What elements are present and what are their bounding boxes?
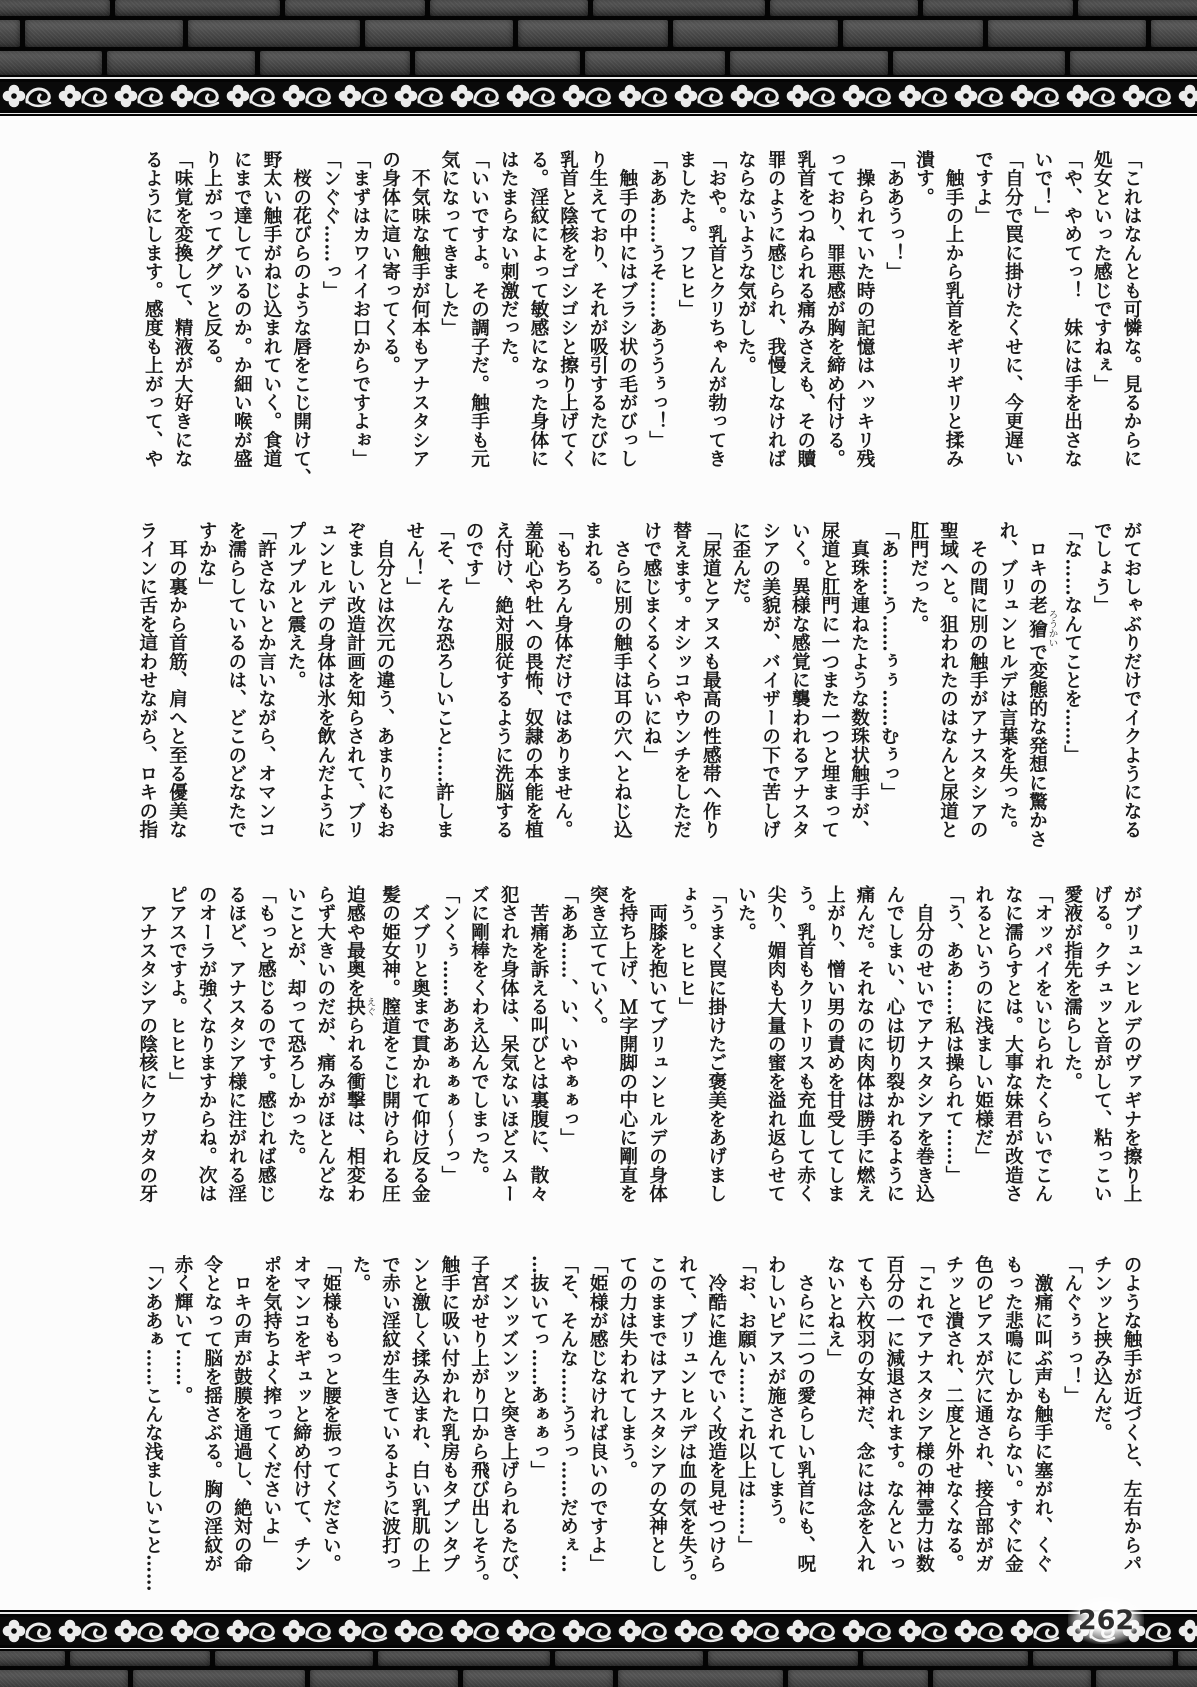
text-column: すかな」 <box>192 521 222 861</box>
brick <box>107 51 255 75</box>
brick-row <box>0 1651 1197 1666</box>
text-column: でしょう」 <box>1087 521 1117 861</box>
text-column: 自分のせいでアナスタシアを巻き込 <box>909 885 939 1225</box>
text-column: プルプルと震えた。 <box>280 521 310 861</box>
text-column: このままではアナスタシアの女神とし <box>642 1255 672 1603</box>
text-column: 「な……なんてことを……」 <box>1057 521 1087 861</box>
text-column: チッと潰され、二度と外せなくなる。 <box>938 1255 968 1603</box>
text-column: ての力は失われてしまう。 <box>612 1255 642 1603</box>
brick <box>708 1651 858 1666</box>
ornament-band-top <box>0 75 1197 116</box>
text-column: 乳首と陰核をゴシゴシと擦り上げてく <box>553 150 583 490</box>
brick <box>0 0 110 16</box>
text-column: 迫感や最奥を抉えぐられる衝撃は、相変わ <box>340 885 375 1225</box>
text-column: ラインに舌を這わせながら、ロキの指 <box>132 521 162 861</box>
text-column: れるというのに浅ましい姫様だ」 <box>968 885 998 1225</box>
text-row-3: がブリュンヒルデのヴァギナを擦り上げる。クチュッと音がして、粘っこい愛液が指先を… <box>132 885 1146 1225</box>
text-column: いことが、却って恐ろしかった。 <box>280 885 310 1225</box>
text-column: にまで達しているのか。か細い喉が盛 <box>227 150 257 490</box>
text-column: ましたよ。フヒヒ」 <box>672 150 702 490</box>
brick <box>843 20 983 47</box>
text-row-2: がておしゃぶりだけでイクようになるでしょう」「な……なんてことを……」 ロキの老… <box>132 521 1146 861</box>
text-column: ロキの声が鼓膜を通過し、絶対の命 <box>227 1255 257 1603</box>
text-column: 「味覚を変換して、精液が大好きにな <box>167 150 197 490</box>
brick <box>25 20 183 47</box>
brick <box>1151 20 1197 47</box>
text-column: なに濡らすとは。大事な妹君が改造さ <box>998 885 1028 1225</box>
brick <box>115 0 280 16</box>
text-column: 色のピアスが穴に通され、接合部がガ <box>968 1255 998 1603</box>
text-column: 「う、ああ……私は操られて……」 <box>938 885 968 1225</box>
brick <box>188 20 360 47</box>
text-column: らず大きいのだが、痛みがほとんどな <box>310 885 340 1225</box>
text-column: 「いいですよ。その調子だ。触手も元 <box>464 150 494 490</box>
text-column: 愛液が指先を濡らした。 <box>1057 885 1087 1225</box>
text-column: 「もちろん身体だけではありません。 <box>547 521 577 861</box>
brick <box>215 1651 373 1666</box>
text-column: 「そ、そんな……ううっ……だめぇ… <box>553 1255 583 1603</box>
brick <box>463 1670 613 1687</box>
text-column: げる。クチュッと音がして、粘っこい <box>1087 885 1117 1225</box>
text-column: 触手の上から乳首をギリギリと揉み <box>938 150 968 490</box>
text-column: 「ンああぁ……こんな浅ましいこと…… <box>138 1255 168 1603</box>
text-column: ピアスですよ。ヒヒヒ」 <box>162 885 192 1225</box>
text-column: 「姫様が感じなければ良いのですよ」 <box>583 1255 613 1603</box>
brick <box>923 0 1073 16</box>
manga-novel-page: 「これはなんとも可憐な。見るからに処女といった感じですねぇ」「や、やめてっ！ 妹… <box>0 0 1197 1687</box>
text-column: せん！」 <box>399 521 429 861</box>
text-column: 罪のように感じられ、我慢しなければ <box>760 150 790 490</box>
text-column: ズブリと奥まで貫かれて仰け反る金 <box>405 885 435 1225</box>
text-column: シアの美貌が、バイザーの下で苦しげ <box>755 521 785 861</box>
text-column: 乳首をつねられる痛みさえも、その贖 <box>790 150 820 490</box>
brick <box>1033 1651 1173 1666</box>
text-column: 尖り、媚肉も大量の蜜を溢れ返らせて <box>760 885 790 1225</box>
text-column: 「もっと感じるのです。感じれば感じ <box>251 885 281 1225</box>
text-column: その間に別の触手がアナスタシアの <box>963 521 993 861</box>
text-column: ズに剛棒をくわえ込んでしまった。 <box>464 885 494 1225</box>
text-column: 自分とは次元の違う、あまりにもお <box>369 521 399 861</box>
text-column: もった悲鳴にしかならない。すぐに金 <box>998 1255 1028 1603</box>
brick <box>1070 51 1197 75</box>
brick <box>1078 0 1197 16</box>
text-column: 突き立てていく。 <box>583 885 613 1225</box>
text-column: ても六枚羽の女神だ、念には念を入れ <box>849 1255 879 1603</box>
text-column: 「お、お願い……これ以上は……」 <box>731 1255 761 1603</box>
text-column: え付け、絶対服従するように洗脳する <box>488 521 518 861</box>
text-column: ンと激しく揉み込まれ、白い乳肌の上 <box>405 1255 435 1603</box>
text-column: …抜いてっ……あぁぁっ」 <box>523 1255 553 1603</box>
text-column: はたまらない刺激だった。 <box>494 150 524 490</box>
text-row-4: のような触手が近づくと、左右からパチンッと挟み込んだ。「んぐぅぅっ！」 激痛に叫… <box>138 1255 1146 1603</box>
brick <box>0 1670 128 1687</box>
text-column: がブリュンヒルデのヴァギナを擦り上 <box>1116 885 1146 1225</box>
text-column: 羞恥心や牡への畏怖、奴隷の本能を植 <box>518 521 548 861</box>
text-column: 潰す。 <box>909 150 939 490</box>
text-column: 「ああうっ！」 <box>879 150 909 490</box>
text-column: アナスタシアの陰核にクワガタの牙 <box>132 885 162 1225</box>
brick <box>518 20 668 47</box>
page-number: 262 <box>1078 1605 1134 1636</box>
text-column: 「や、やめてっ！ 妹には手を出さな <box>1057 150 1087 490</box>
brick <box>415 51 580 75</box>
text-column: わしいピアスが施されてしまう。 <box>760 1255 790 1603</box>
text-column: ュンヒルデの身体は氷を飲んだように <box>310 521 340 861</box>
brick <box>863 1651 1028 1666</box>
brick <box>788 1670 928 1687</box>
text-column: れ、ブリュンヒルデは言葉を失った。 <box>992 521 1022 861</box>
brick <box>0 1651 65 1666</box>
text-column: 不気味な触手が何本もアナスタシア <box>405 150 435 490</box>
brick <box>555 1651 703 1666</box>
text-column: 上がり、憎い男の責めを甘受してしま <box>820 885 850 1225</box>
text-column: 「ンくぅ……あああぁぁぁ～～っ」 <box>434 885 464 1225</box>
text-column: の身体に這い寄ってくる。 <box>375 150 405 490</box>
text-column: 「ああ……、い、いやぁぁっ」 <box>553 885 583 1225</box>
text-column: チンッと挟み込んだ。 <box>1087 1255 1117 1603</box>
text-column: う。乳首もクリトリスも充血して赤く <box>790 885 820 1225</box>
text-column: 聖域へと。狙われたのはなんと尿道と <box>933 521 963 861</box>
brick <box>430 0 588 16</box>
text-column: 「んぐぅぅっ！」 <box>1057 1255 1087 1603</box>
text-column: を濡らしているのは、どこのどなたで <box>221 521 251 861</box>
text-column: のオーラが強くなりますからね。次は <box>192 885 222 1225</box>
text-column: 触手に吸い付かれた乳房もタプンタプ <box>434 1255 464 1603</box>
brick <box>133 1670 305 1687</box>
brick <box>365 20 513 47</box>
brick <box>673 20 838 47</box>
brick <box>585 51 725 75</box>
text-column: 操られていた時の記憶はハッキリ残 <box>849 150 879 490</box>
text-column: ポを気持ちよく搾ってくださいよ」 <box>256 1255 286 1603</box>
brick <box>378 1651 550 1666</box>
brick <box>260 51 410 75</box>
brick <box>893 51 1065 75</box>
brick-row <box>0 51 1197 75</box>
text-column: で赤い淫紋が生きているように波打っ <box>375 1255 405 1603</box>
text-column: 触手の中にはブラシ状の毛がびっし <box>612 150 642 490</box>
text-column: 「姫様ももっと腰を振ってください。 <box>316 1255 346 1603</box>
text-column: いで！」 <box>1027 150 1057 490</box>
text-column: 「あ……う……ぅぅ……むぅっ」 <box>874 521 904 861</box>
text-column: 「ああ……うそ……あううぅっ！」 <box>642 150 672 490</box>
text-column: ですよ」 <box>968 150 998 490</box>
text-column: り上がってググッと反る。 <box>197 150 227 490</box>
text-column: 「自分で罠に掛けたくせに、今更遅い <box>998 150 1028 490</box>
text-column: 野太い触手がねじ込まれていく。食道 <box>256 150 286 490</box>
text-column: るほど、アナスタシア様に注がれる淫 <box>221 885 251 1225</box>
brick-border-top <box>0 0 1197 75</box>
brick <box>593 0 765 16</box>
text-column: 「尿道とアヌスも最高の性感帯へ作り <box>696 521 726 861</box>
text-column: 赤く輝いて……。 <box>167 1255 197 1603</box>
text-column: 真珠を連ねたような数珠状触手が、 <box>844 521 874 861</box>
brick <box>988 20 1146 47</box>
brick <box>730 51 888 75</box>
brick <box>770 0 918 16</box>
text-column: り生えており、それが吸引するたびに <box>583 150 613 490</box>
text-column: さらに別の触手は耳の穴へとねじ込 <box>607 521 637 861</box>
text-column: 「そ、そんな恐ろしいこと……許しま <box>429 521 459 861</box>
text-column: 激痛に叫ぶ声も触手に塞がれ、くぐ <box>1027 1255 1057 1603</box>
text-column: がておしゃぶりだけでイクようになる <box>1116 521 1146 861</box>
text-column: けで感じまくるくらいにね」 <box>636 521 666 861</box>
quatrefoil-scroll-ornament <box>0 1617 1197 1645</box>
band-hairline <box>0 114 1197 116</box>
text-column: オマンコをギュッと締め付けて、チン <box>286 1255 316 1603</box>
page-number-badge: 262 <box>1068 1596 1144 1644</box>
text-column: 苦痛を訴える叫びとは裏腹に、散々 <box>523 885 553 1225</box>
text-column: 令となって脳を揺さぶる。胸の淫紋が <box>197 1255 227 1603</box>
text-column: ないとねえ」 <box>820 1255 850 1603</box>
text-column: 「まずはカワイイお口からですよぉ」 <box>345 150 375 490</box>
text-column: る。淫紋によって敏感になった身体に <box>523 150 553 490</box>
text-column: 「オッパイをいじられたくらいでこん <box>1027 885 1057 1225</box>
text-column: ょう。ヒヒヒ」 <box>672 885 702 1225</box>
text-column: 子宮がせり上がり口から飛び出しそう。 <box>464 1255 494 1603</box>
brick-row <box>0 20 1197 47</box>
brick <box>933 1670 1091 1687</box>
brick <box>618 1670 783 1687</box>
text-column: さらに二つの愛らしい乳首にも、呪 <box>790 1255 820 1603</box>
text-column: 「うまく罠に掛けたご褒美をあげまし <box>701 885 731 1225</box>
brick <box>310 1670 458 1687</box>
brick-row <box>0 0 1197 16</box>
text-column: た。 <box>345 1255 375 1603</box>
text-column: ロキの老獪ろうかいで変態的な発想に驚かさ <box>1022 521 1057 861</box>
text-column: いた。 <box>731 885 761 1225</box>
brick <box>1096 1670 1197 1687</box>
brick <box>1178 1651 1197 1666</box>
brick <box>0 20 20 47</box>
brick <box>70 1651 210 1666</box>
text-column: のです」 <box>458 521 488 861</box>
text-column: ならないような気がした。 <box>731 150 761 490</box>
text-column: 痛んだ。それなのに肉体は勝手に燃え <box>849 885 879 1225</box>
text-column: 百分の一に減退されます。なんといっ <box>879 1255 909 1603</box>
text-column: 「ンぐぐ……っ」 <box>316 150 346 490</box>
brick-row <box>0 1670 1197 1687</box>
text-column: っており、罪悪感が胸を締め付ける。 <box>820 150 850 490</box>
text-column: 「これはなんとも可憐な。見るからに <box>1116 150 1146 490</box>
text-column: 「おや。乳首とクリちゃんが勃ってき <box>701 150 731 490</box>
text-column: まれる。 <box>577 521 607 861</box>
text-column: に歪んだ。 <box>725 521 755 861</box>
text-column: 両膝を抱いてブリュンヒルデの身体 <box>642 885 672 1225</box>
text-column: を持ち上げ、Ｍ字開脚の中心に剛直を <box>612 885 642 1225</box>
text-column: 気になってきました」 <box>434 150 464 490</box>
text-column: 髪の姫女神。膣道をこじ開けられる圧 <box>375 885 405 1225</box>
text-column: ズンッズンッと突き上げられるたび、 <box>494 1255 524 1603</box>
text-column: 耳の裏から首筋、肩へと至る優美な <box>162 521 192 861</box>
text-column: 処女といった感じですねぇ」 <box>1087 150 1117 490</box>
brick <box>0 51 102 75</box>
text-column: 替えます。オシッコやウンチをしただ <box>666 521 696 861</box>
text-column: 肛門だった。 <box>903 521 933 861</box>
text-column: いく。異様な感覚に襲われるアナスタ <box>785 521 815 861</box>
ornament-band-bottom <box>0 1610 1197 1651</box>
text-column: んでしまい、心は切り裂かれるように <box>879 885 909 1225</box>
text-column: 桜の花びらのような唇をこじ開けて、 <box>286 150 316 490</box>
text-column: ぞましい改造計画を知らされて、ブリ <box>340 521 370 861</box>
text-column: のような触手が近づくと、左右からパ <box>1116 1255 1146 1603</box>
text-column: 「これでアナスタシア様の神霊力は数 <box>909 1255 939 1603</box>
text-column: るようにします。感度も上がって、や <box>138 150 168 490</box>
text-column: 冷酷に進んでいく改造を見せつけら <box>701 1255 731 1603</box>
text-row-1: 「これはなんとも可憐な。見るからに処女といった感じですねぇ」「や、やめてっ！ 妹… <box>138 150 1146 490</box>
quatrefoil-scroll-ornament <box>0 82 1197 110</box>
text-column: 犯された身体は、呆気ないほどスムー <box>494 885 524 1225</box>
brick-border-bottom <box>0 1651 1197 1687</box>
brick <box>285 0 425 16</box>
text-column: 「許さないとか言いながら、オマンコ <box>251 521 281 861</box>
text-column: 尿道と肛門に一つまた一つと埋まって <box>814 521 844 861</box>
text-column: れて、ブリュンヒルデは血の気を失う。 <box>672 1255 702 1603</box>
